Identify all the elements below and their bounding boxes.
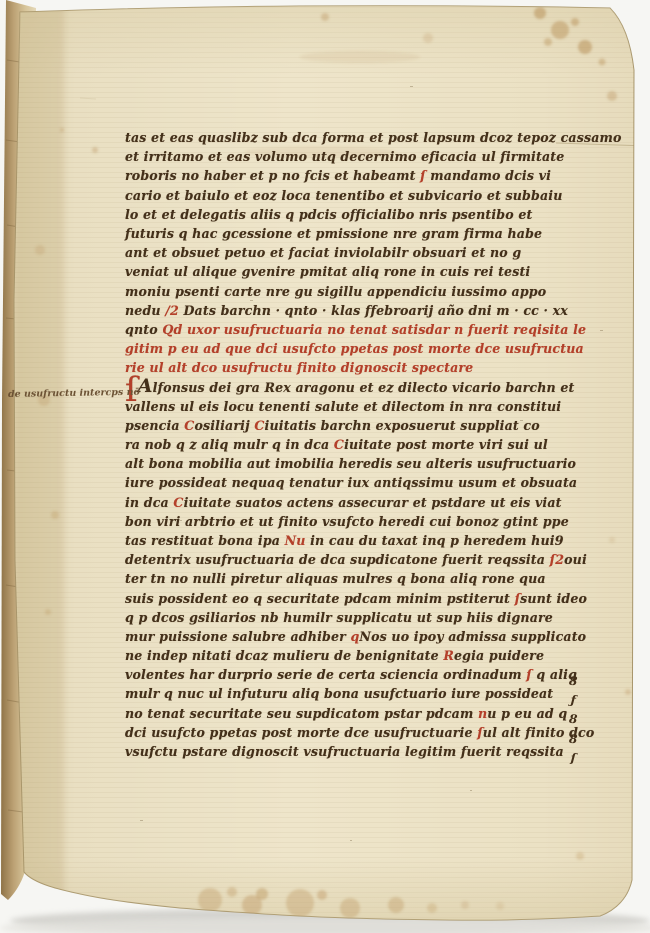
ink-segment: cario et baiulo et eoz loca tenentibo et… [125, 188, 563, 203]
ink-segment: ant et obsuet petuo et faciat inviolabil… [125, 245, 521, 260]
margin-filler-mark: 8 [568, 672, 578, 692]
text-block: tas et eas quaslibz sub dca forma et pos… [125, 128, 570, 761]
ink-segment: psencia [125, 418, 184, 433]
text-line: futuris q hac gcessione et pmissione nre… [125, 224, 570, 243]
rubric-segment: C [184, 418, 194, 433]
ink-segment: in cau du taxat inq p heredem hui9 [306, 533, 564, 548]
rubric-segment: rie ul alt dco usufructu finito dignosci… [125, 360, 473, 375]
ink-segment: iuitate suatos actens assecurar et pstda… [184, 495, 562, 510]
rubric-segment: C [334, 437, 344, 452]
ink-segment: vallens ul eis locu tenenti salute et di… [125, 399, 561, 414]
rubric-segment: R [443, 648, 454, 663]
text-line: ter tn no nulli piretur aliquas mulres q… [125, 569, 570, 588]
text-line: suis possident eo q securitate pdcam min… [125, 589, 570, 608]
margin-filler-mark: ƒ [568, 691, 578, 711]
rubric-segment: Nu [285, 533, 306, 548]
ink-segment: sunt ideo [520, 591, 587, 606]
ink-segment: mur puissione salubre adhiber [125, 629, 350, 644]
ink-segment: egia puidere [454, 648, 544, 663]
text-line: vsufctu pstare dignoscit vsufructuaria l… [125, 742, 570, 761]
text-line: mulr q nuc ul infuturu aliq bona usufctu… [125, 684, 570, 703]
text-line: ra nob q z aliq mulr q in dca Ciuitate p… [125, 435, 570, 454]
text-line: gitim p eu ad que dci usufcto ppetas pos… [125, 339, 570, 358]
text-line: cario et baiulo et eoz loca tenentibo et… [125, 186, 570, 205]
margin-filler-mark: 8 [568, 729, 578, 749]
ink-segment: suis possident eo q securitate pdcam min… [125, 591, 515, 606]
text-line: veniat ul alique gvenire pmitat aliq ron… [125, 262, 570, 281]
margin-filler-mark: 8 [568, 710, 578, 730]
ink-segment: tas et eas quaslibz sub dca forma et pos… [125, 130, 622, 145]
ink-segment: u p eu ad q [487, 706, 567, 721]
text-line: mur puissione salubre adhiber qNos uo ip… [125, 627, 570, 646]
ink-segment: in dca [125, 495, 173, 510]
ink-segment: nedu [125, 303, 165, 318]
marginal-note: de usufructu intercps nō [8, 387, 126, 400]
ink-segment: qnto [125, 322, 162, 337]
ink-segment: mandamo dcis vi [426, 168, 551, 183]
ink-segment: detentrix usufructuaria de dca supdicato… [125, 552, 550, 567]
text-line: et irritamo et eas volumo utq decernimo … [125, 147, 570, 166]
manuscript-photo: tas et eas quaslibz sub dca forma et pos… [0, 0, 650, 933]
ink-segment: oui [564, 552, 587, 567]
ink-segment: iuitate post morte viri sui ul [344, 437, 548, 452]
text-line: dci usufcto ppetas post morte dce usufru… [125, 723, 570, 742]
ink-segment: futuris q hac gcessione et pmissione nre… [125, 226, 542, 241]
text-line: vallens ul eis locu tenenti salute et di… [125, 397, 570, 416]
ink-segment: moniu psenti carte nre gu sigillu append… [125, 284, 546, 299]
ink-segment: veniat ul alique gvenire pmitat aliq ron… [125, 264, 530, 279]
text-line: bon viri arbtrio et ut finito vsufcto he… [125, 512, 570, 531]
text-line: volentes har durprio serie de certa scie… [125, 665, 570, 684]
rubric-segment: /2 [165, 303, 179, 318]
ink-segment: ne indep nitati dcaz mulieru de benignit… [125, 648, 443, 663]
ink-segment: iuitatis barchn exposuerut suppliat co [265, 418, 540, 433]
text-line: iure possideat nequaq tenatur iux antiqs… [125, 473, 570, 492]
ink-segment: lo et et delegatis aliis q pdcis officia… [125, 207, 532, 222]
text-line: ne indep nitati dcaz mulieru de benignit… [125, 646, 570, 665]
text-line: q p dcos gsiliarios nb humilr supplicatu… [125, 608, 570, 627]
text-line: rie ul alt dco usufructu finito dignosci… [125, 358, 570, 377]
ink-segment: dci usufcto ppetas post morte dce usufru… [125, 725, 477, 740]
ink-segment: iure possideat nequaq tenatur iux antiqs… [125, 475, 577, 490]
ink-segment: ra nob q z aliq mulr q in dca [125, 437, 334, 452]
rubric-segment: C [173, 495, 183, 510]
text-line: moniu psenti carte nre gu sigillu append… [125, 282, 570, 301]
margin-fillers: 8ƒ88ſ [569, 672, 577, 768]
ink-segment: alt bona mobilia aut imobilia heredis se… [125, 456, 576, 471]
ink-segment: volentes har durprio serie de certa scie… [125, 667, 526, 682]
text-line: in dca Ciuitate suatos actens assecurar … [125, 493, 570, 512]
text-line: qnto Qd uxor usufructuaria no tenat sati… [125, 320, 570, 339]
rubric-segment: Qd uxor usufructuaria no tenat satisdar … [162, 322, 586, 337]
ink-segment: roboris no haber et p no fcis et habeamt [125, 168, 420, 183]
text-line: roboris no haber et p no fcis et habeamt… [125, 166, 570, 185]
ink-segment: tas restituat bona ipa [125, 533, 285, 548]
ink-segment: lfonsus dei gra Rex aragonu et ez dilect… [153, 380, 575, 395]
ink-segment: vsufctu pstare dignoscit vsufructuaria l… [125, 744, 564, 759]
ink-segment: Nos uo ipoy admissa supplicato [359, 629, 586, 644]
rubric-segment: n [478, 706, 487, 721]
rubric-segment: gitim p eu ad que dci usufcto ppetas pos… [125, 341, 584, 356]
text-line: nedu /2 Dats barchn · qnto · klas ffebro… [125, 301, 570, 320]
ink-segment: bon viri arbtrio et ut finito vsufcto he… [125, 514, 569, 529]
rubric-segment: C [254, 418, 264, 433]
text-line: psencia Cosiliarij Ciuitatis barchn expo… [125, 416, 570, 435]
ink-segment: mulr q nuc ul infuturu aliq bona usufctu… [125, 686, 553, 701]
text-line: ſAlfonsus dei gra Rex aragonu et ez dile… [125, 377, 570, 396]
text-line: alt bona mobilia aut imobilia heredis se… [125, 454, 570, 473]
text-line: tas restituat bona ipa Nu in cau du taxa… [125, 531, 570, 550]
margin-filler-mark: ſ [568, 749, 578, 769]
ink-segment: no tenat securitate seu supdicatom pstar… [125, 706, 478, 721]
text-line: detentrix usufructuaria de dca supdicato… [125, 550, 570, 569]
ink-segment: Dats barchn · qnto · klas ffebroarij año… [179, 303, 568, 318]
text-line: no tenat securitate seu supdicatom pstar… [125, 704, 570, 723]
ink-segment: et irritamo et eas volumo utq decernimo … [125, 149, 564, 164]
text-line: tas et eas quaslibz sub dca forma et pos… [125, 128, 570, 147]
ink-segment: ter tn no nulli piretur aliquas mulres q… [125, 571, 546, 586]
ink-segment: osiliarij [194, 418, 254, 433]
text-line: ant et obsuet petuo et faciat inviolabil… [125, 243, 570, 262]
text-line: lo et et delegatis aliis q pdcis officia… [125, 205, 570, 224]
ink-segment: q p dcos gsiliarios nb humilr supplicatu… [125, 610, 553, 625]
rubric-segment: ſ2 [550, 552, 564, 567]
